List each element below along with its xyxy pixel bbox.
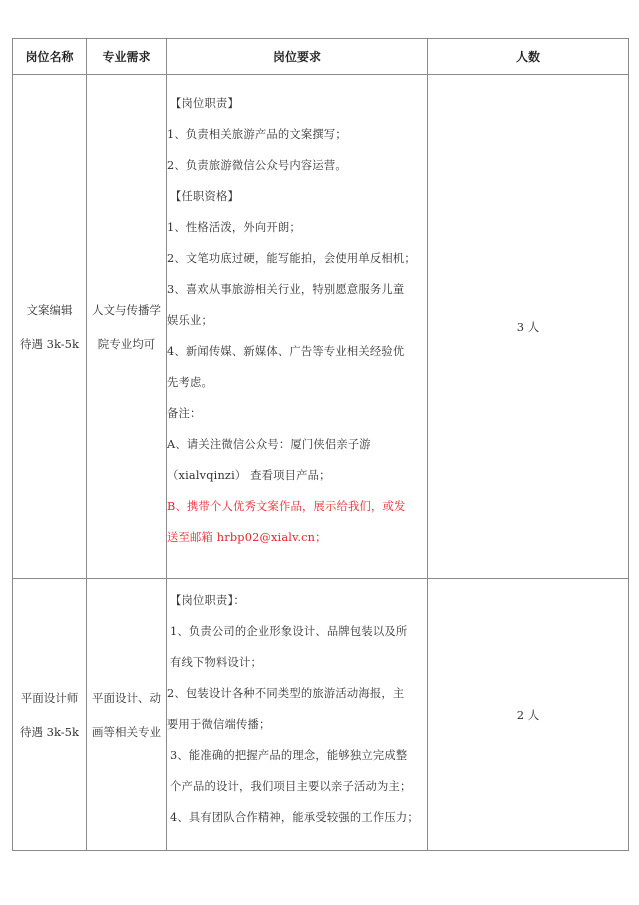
requirements-cell: 【岗位职责】1、负责相关旅游产品的文案撰写；2、负责旅游微信公众号内容运营。【任… bbox=[167, 75, 428, 579]
position-title: 文案编辑 bbox=[13, 293, 86, 327]
requirement-line: （xialvqinzi） 查看项目产品； bbox=[167, 466, 427, 497]
requirement-line: 1、负责相关旅游产品的文案撰写； bbox=[167, 125, 427, 156]
requirements-cell: 【岗位职责】：1、负责公司的企业形象设计、品牌包装以及所有线下物料设计；2、包装… bbox=[167, 579, 428, 851]
count-cell: 2 人 bbox=[428, 579, 629, 851]
requirement-line: 【任职资格】 bbox=[167, 187, 427, 218]
requirement-line: 1、负责公司的企业形象设计、品牌包装以及所 bbox=[167, 622, 427, 653]
requirement-line: 有线下物料设计； bbox=[167, 653, 427, 684]
major-cell: 人文与传播学 院专业均可 bbox=[87, 75, 167, 579]
requirement-line: A、请关注微信公众号：厦门侠侣亲子游 bbox=[167, 435, 427, 466]
count-cell: 3 人 bbox=[428, 75, 629, 579]
position-cell: 文案编辑 待遇 3k-5k bbox=[13, 75, 87, 579]
header-requirements: 岗位要求 bbox=[167, 39, 428, 75]
table-row: 平面设计师 待遇 3k-5k 平面设计、动 画等相关专业 【岗位职责】：1、负责… bbox=[13, 579, 629, 851]
header-major: 专业需求 bbox=[87, 39, 167, 75]
position-salary: 待遇 3k-5k bbox=[13, 327, 86, 361]
major-cell: 平面设计、动 画等相关专业 bbox=[87, 579, 167, 851]
position-cell: 平面设计师 待遇 3k-5k bbox=[13, 579, 87, 851]
requirement-line: 2、文笔功底过硬，能写能拍，会使用单反相机； bbox=[167, 249, 427, 280]
requirement-line: 送至邮箱 hrbp02@xialv.cn； bbox=[167, 528, 427, 559]
requirement-line: B、携带个人优秀文案作品，展示给我们，或发 bbox=[167, 497, 427, 528]
requirement-line: 4、具有团队合作精神，能承受较强的工作压力； bbox=[167, 808, 427, 839]
requirement-line: 3、能准确的把握产品的理念，能够独立完成整 bbox=[167, 746, 427, 777]
requirement-line: 2、包装设计各种不同类型的旅游活动海报，主 bbox=[167, 684, 427, 715]
requirement-line: 个产品的设计，我们项目主要以亲子活动为主； bbox=[167, 777, 427, 808]
table-header-row: 岗位名称 专业需求 岗位要求 人数 bbox=[13, 39, 629, 75]
requirement-line: 娱乐业； bbox=[167, 311, 427, 342]
requirement-line: 备注： bbox=[167, 404, 427, 435]
requirement-line: 4、新闻传媒、新媒体、广告等专业相关经验优 bbox=[167, 342, 427, 373]
major-line: 画等相关专业 bbox=[87, 715, 166, 749]
requirement-line: 1、性格活泼，外向开朗； bbox=[167, 218, 427, 249]
position-title: 平面设计师 bbox=[13, 681, 86, 715]
job-table: 岗位名称 专业需求 岗位要求 人数 文案编辑 待遇 3k-5k 人文与传播学 院… bbox=[12, 38, 629, 851]
position-salary: 待遇 3k-5k bbox=[13, 715, 86, 749]
requirement-line: 【岗位职责】 bbox=[167, 94, 427, 125]
table-row: 文案编辑 待遇 3k-5k 人文与传播学 院专业均可 【岗位职责】1、负责相关旅… bbox=[13, 75, 629, 579]
requirement-line: 【岗位职责】： bbox=[167, 591, 427, 622]
requirement-line: 3、喜欢从事旅游相关行业，特别愿意服务儿童 bbox=[167, 280, 427, 311]
header-count: 人数 bbox=[428, 39, 629, 75]
requirement-line: 2、负责旅游微信公众号内容运营。 bbox=[167, 156, 427, 187]
major-line: 院专业均可 bbox=[87, 327, 166, 361]
requirement-line: 要用于微信端传播； bbox=[167, 715, 427, 746]
requirement-line: 先考虑。 bbox=[167, 373, 427, 404]
major-line: 人文与传播学 bbox=[87, 293, 166, 327]
header-position: 岗位名称 bbox=[13, 39, 87, 75]
major-line: 平面设计、动 bbox=[87, 681, 166, 715]
